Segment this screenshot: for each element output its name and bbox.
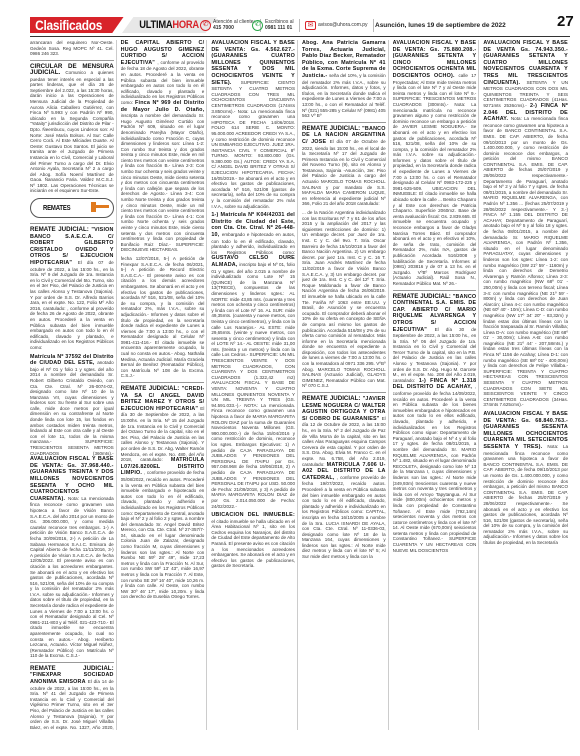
ad-body-text: Nota: La mencionada finca reconoce como …: [483, 116, 568, 178]
classified-ad: REMATE JUDICIAL: "FINEXPAR SOCIEDAD ANON…: [30, 666, 114, 730]
classified-ad: 1-) Matrícula Nº K04/42031 del Distrito …: [211, 212, 295, 509]
page-number: 27: [557, 13, 574, 30]
ad-heading: REMATE JUDICIAL:: [302, 125, 362, 132]
ad-body-text: individualizado como Lote Nº 15 (QUINCE)…: [211, 274, 295, 508]
classified-ad: Matrícula Nº 37592 del Distrito de CIUDA…: [30, 354, 114, 659]
ad-body-text: arrancaran del esquinero Nor-Oeste. Gede…: [30, 40, 114, 56]
ad-body-text: anotado bajo el Nº 01 y folio 1 y sgtes.…: [30, 360, 114, 456]
logo-part-ultima: ULTIMA: [140, 19, 173, 31]
ad-separator: [30, 223, 114, 224]
classifieds-columns: arrancaran del esquinero Nor-Oeste. Gede…: [30, 40, 570, 730]
classified-ad: REMATE JUDICIAL: "BANCO DE LA NACION ARG…: [302, 126, 386, 207]
phone-number: 415 7000: [213, 25, 234, 31]
section-label: REMATES: [43, 205, 70, 212]
column-1: arrancaran del esquinero Nor-Oeste. Gede…: [30, 40, 117, 730]
ad-body-text: CAPITAL, inscripta en fecha 16/10/2005 a…: [302, 509, 386, 559]
ad-body-text: Departamento de Paraguarí, anotado bajo …: [393, 430, 477, 552]
column-6: AVALUACION FISCAL Y BASE DE VENTA Gs. 74…: [483, 40, 570, 730]
gavel-icon: [91, 202, 109, 214]
ad-heading: REMATE JUDICIAL:: [30, 665, 114, 672]
email-address: avisos@uhora.com.py: [318, 22, 368, 28]
classified-ad: ... de la Nación Argentina individualiza…: [302, 210, 386, 389]
classified-ad: AVALUACION FISCAL Y BASE DE VENTA Gs. 74…: [483, 40, 568, 408]
ad-body-text: , conforme proveído de fecha 14/09/2022,…: [393, 384, 477, 435]
ad-separator: [302, 122, 386, 123]
classified-ad: AVALUACION FISCAL Y BASE DE VENTA: Gs. 7…: [393, 40, 477, 287]
whatsapp-contact: ✆ Escríbinos al0981 111 01: [252, 17, 300, 33]
ad-body-text: ... de la Nación Argentina individualiza…: [302, 210, 386, 388]
whatsapp-number: 0981 111 01: [265, 25, 292, 31]
ad-separator: [393, 290, 477, 291]
email-contact: ✉ avisos@uhora.com.py: [305, 17, 374, 33]
ad-body-text: Nota: La mencionada finca reconoce como …: [30, 496, 114, 659]
ad-body-text: El día 07 de octubre de 2022, a las 15:0…: [30, 260, 114, 311]
ad-body-text: embargado e hipotecado en autos, con tod…: [211, 232, 295, 255]
ad-body-text: Nota: La mencionada finca reconoce como …: [483, 444, 568, 545]
ad-heading: REMATE JUDICIAL:: [30, 226, 91, 233]
ad-body-text: el citado inmueble se halla ubicado en e…: [211, 519, 295, 569]
ad-heading: REMATE JUDICIAL:: [393, 293, 453, 300]
dateline: Asunción, lunes 19 de septiembre de 2022: [375, 22, 506, 29]
classified-ad: REMATE JUDICIAL: "CREDI-YA SA C/ ANGEL D…: [121, 386, 205, 600]
section-header-remates: REMATES: [30, 198, 114, 218]
phone-icon: ✆: [200, 20, 211, 31]
ad-heading: REMATE JUDICIAL:: [302, 395, 363, 402]
ad-separator: [302, 392, 386, 393]
ad-heading: REMATE JUDICIAL:: [121, 385, 182, 392]
ad-body-text: Nota: La mencionada matrícula no reconoc…: [393, 102, 477, 286]
ad-separator: [30, 60, 114, 61]
section-title: Clasificados: [30, 17, 124, 33]
ad-body-text: , conforme al proveído de fecha 26 de Ag…: [30, 306, 114, 350]
ad-body-text: El día 12 de Octubre de 2022, a las 15:0…: [302, 416, 386, 467]
ad-body-text: Nota: La mencionada finca reconoce como …: [211, 109, 295, 209]
ad-body-text: Departamento de Central, anotado bajo el…: [121, 511, 205, 600]
ad-bold-text: UBICACION DEL INMUEBLE:: [211, 512, 295, 518]
column-4: Abog. Ana Patricia Gamarra Torres, Actua…: [302, 40, 389, 730]
ad-separator: [30, 662, 114, 663]
ad-body-text: El día 14 de octubre de 2022, a las 15:0…: [30, 679, 114, 730]
classified-ad: REMATE JUDICIAL: "JAVIER LESME NOGUERA C…: [302, 396, 386, 560]
ad-body-text: , conforme al proveído de fecha 18 de Ag…: [121, 60, 205, 105]
ad-body-text: El día 30 de Septiembre de 2022, a las 1…: [121, 406, 205, 462]
ad-separator: [121, 382, 205, 383]
classified-ad: AVALUACION FISCAL Y BASE DE VENTA: Gs. 6…: [483, 411, 568, 546]
ad-body-text: , conforme proveído de fecha 05/08/2022,…: [121, 470, 205, 515]
classified-ad: REMATE JUDICIAL: "VISION BANCO S.A.E.C.A…: [30, 227, 114, 350]
classified-ad: REMATE JUDICIAL: "BANCO CONTINENTAL S.A.…: [393, 294, 477, 554]
classified-ad: Abog. Ana Patricia Gamarra Torres, Actua…: [302, 40, 386, 119]
envelope-icon: ✉: [305, 21, 316, 30]
ad-body-text: fecha 12/07/2018, 5-) A petición de Fine…: [121, 256, 205, 378]
ad-body-text: seña del 10%, y la comisión del rematado…: [302, 73, 386, 118]
classified-ad: DE CAPITAL ABIERTO C/ HUGO AUGUSTO GIMEN…: [121, 40, 205, 253]
logo-part-hora: HORA: [173, 19, 200, 31]
ad-body-text: inscripta a nombre del demandado Sr. Hug…: [121, 113, 205, 252]
classified-ad: AVALUACION FISCAL Y BASE DE VENTA: Gs. 4…: [211, 40, 295, 209]
ad-body-text: El día 07 de Octubre de 2022, siendo las…: [302, 139, 386, 207]
ad-body-text: Comunico a quienes puedan tener interés …: [30, 70, 114, 193]
column-2: DE CAPITAL ABIERTO C/ HUGO AUGUSTO GIMEN…: [121, 40, 208, 730]
divider: [373, 19, 374, 32]
classified-ad: fecha 12/07/2018, 5-) A petición de Fine…: [121, 256, 205, 379]
whatsapp-icon: ✆: [252, 20, 263, 31]
classified-ad: arrancaran del esquinero Nor-Oeste. Gede…: [30, 40, 114, 57]
header-rule: [30, 36, 570, 37]
divider: [299, 19, 300, 32]
page-header: Clasificados ULTIMAHORA ✆ Atención al cl…: [30, 17, 570, 33]
column-3: AVALUACION FISCAL Y BASE DE VENTA: Gs. 4…: [211, 40, 298, 730]
classified-ad: UBICACION DEL INMUEBLE: el citado inmueb…: [211, 512, 295, 569]
ad-body-text: El día 30 de Septiembre de 2022, a las 1…: [393, 327, 477, 383]
column-5: AVALUACION FISCAL Y BASE DE VENTA: Gs. 7…: [393, 40, 480, 730]
classified-ad: CIRCULAR DE MENSURA JUDICIAL. Comunico a…: [30, 64, 114, 194]
ad-body-text: Departamento de Paraguarí, anotado bajo …: [483, 179, 568, 408]
